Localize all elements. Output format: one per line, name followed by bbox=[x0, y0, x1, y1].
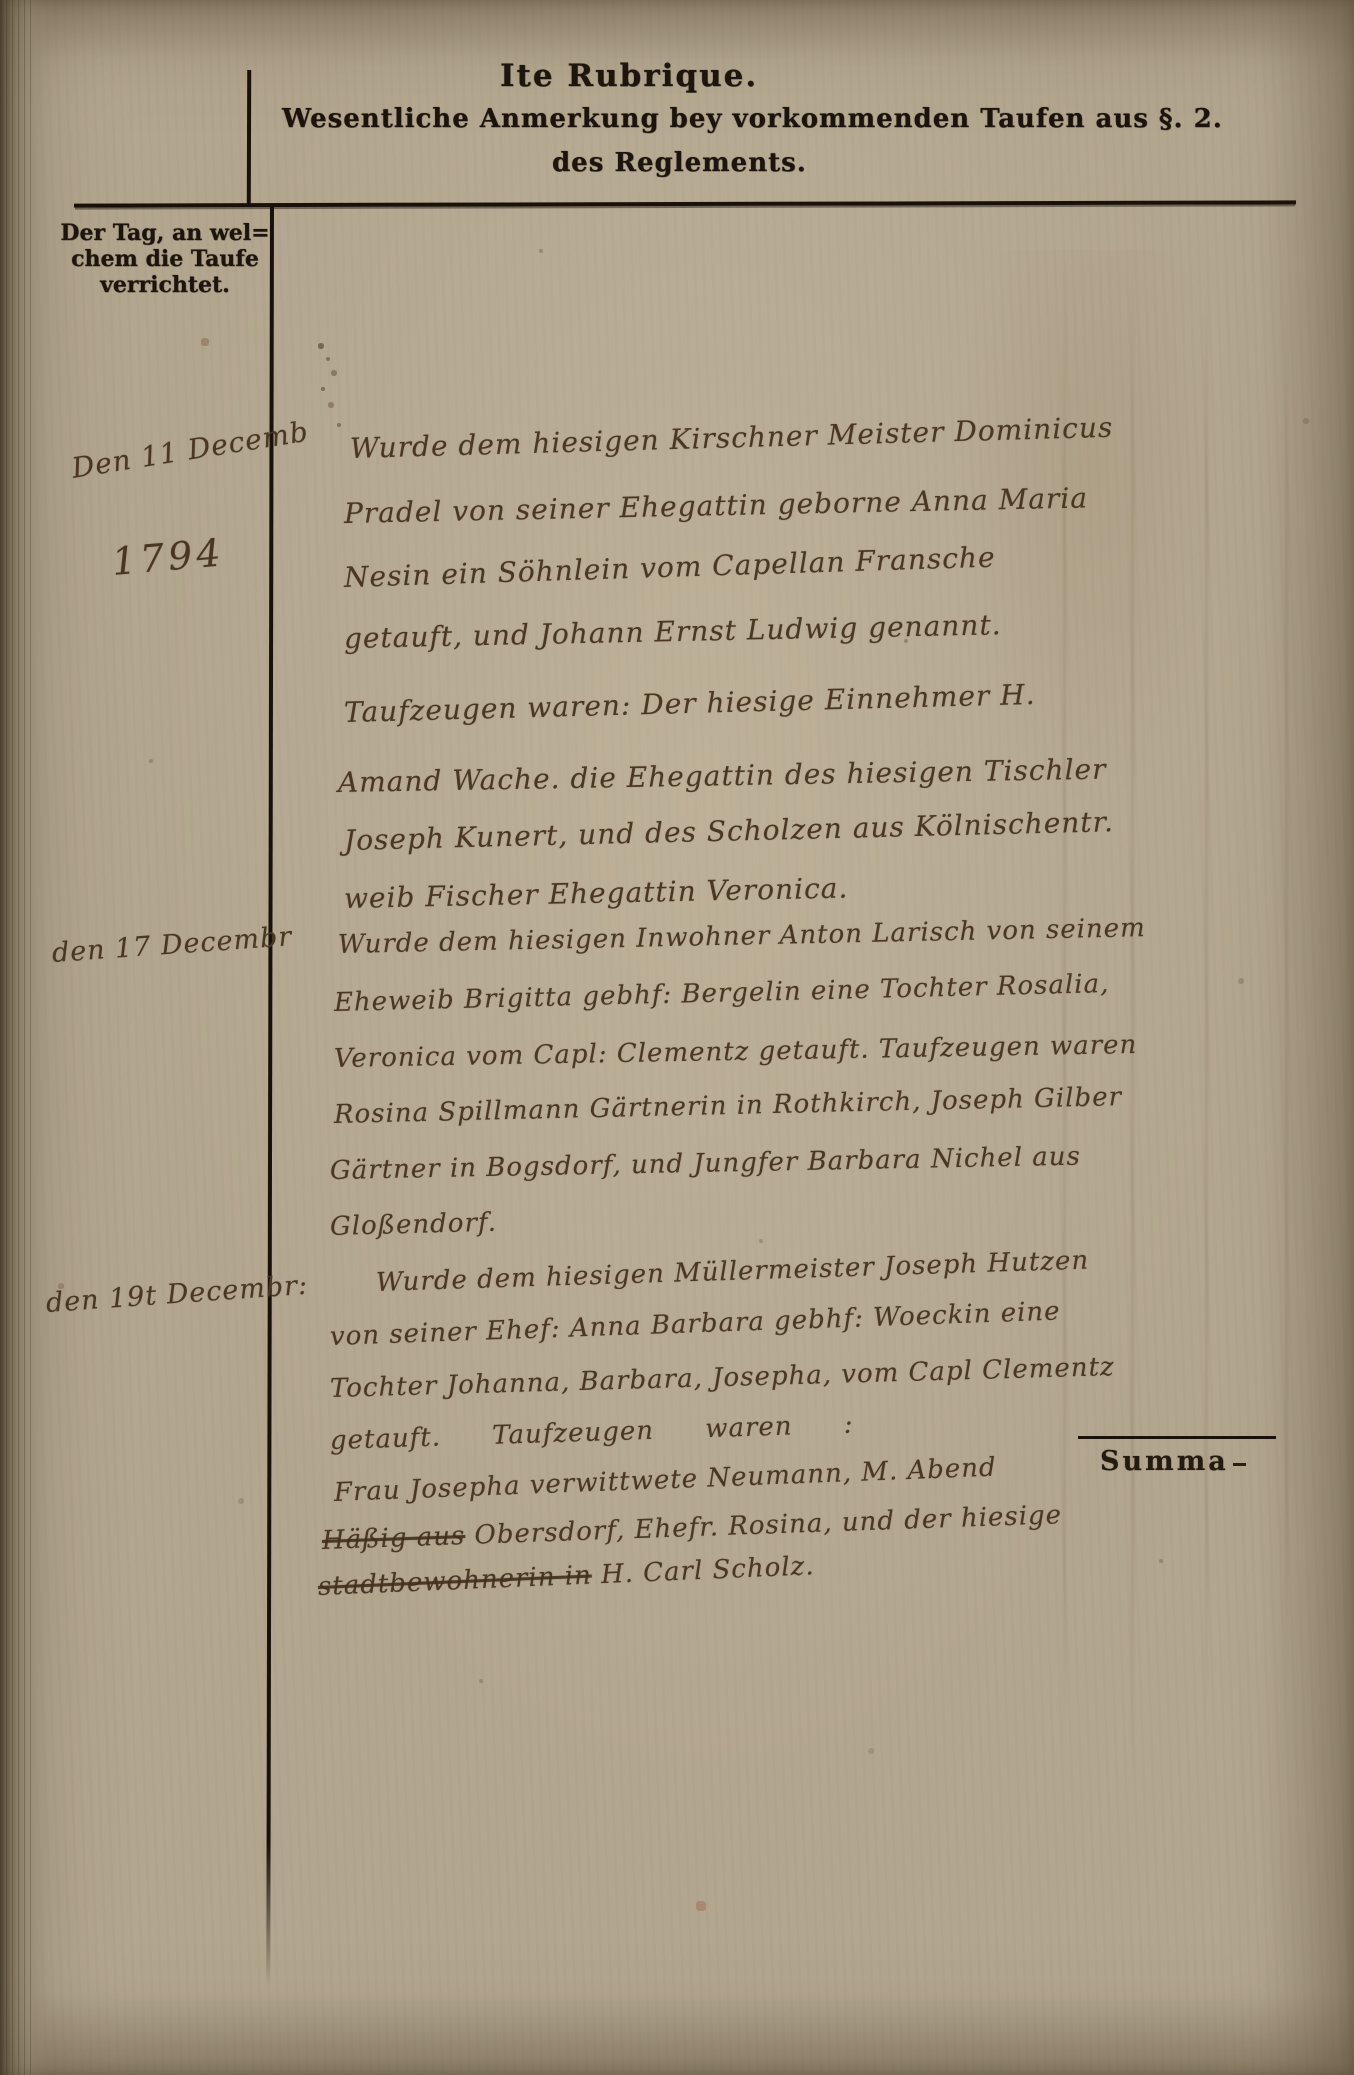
register-page: Ite Rubrique. Wesentliche Anmerkung bey … bbox=[0, 0, 1354, 2075]
page-vignette bbox=[0, 0, 1354, 2075]
